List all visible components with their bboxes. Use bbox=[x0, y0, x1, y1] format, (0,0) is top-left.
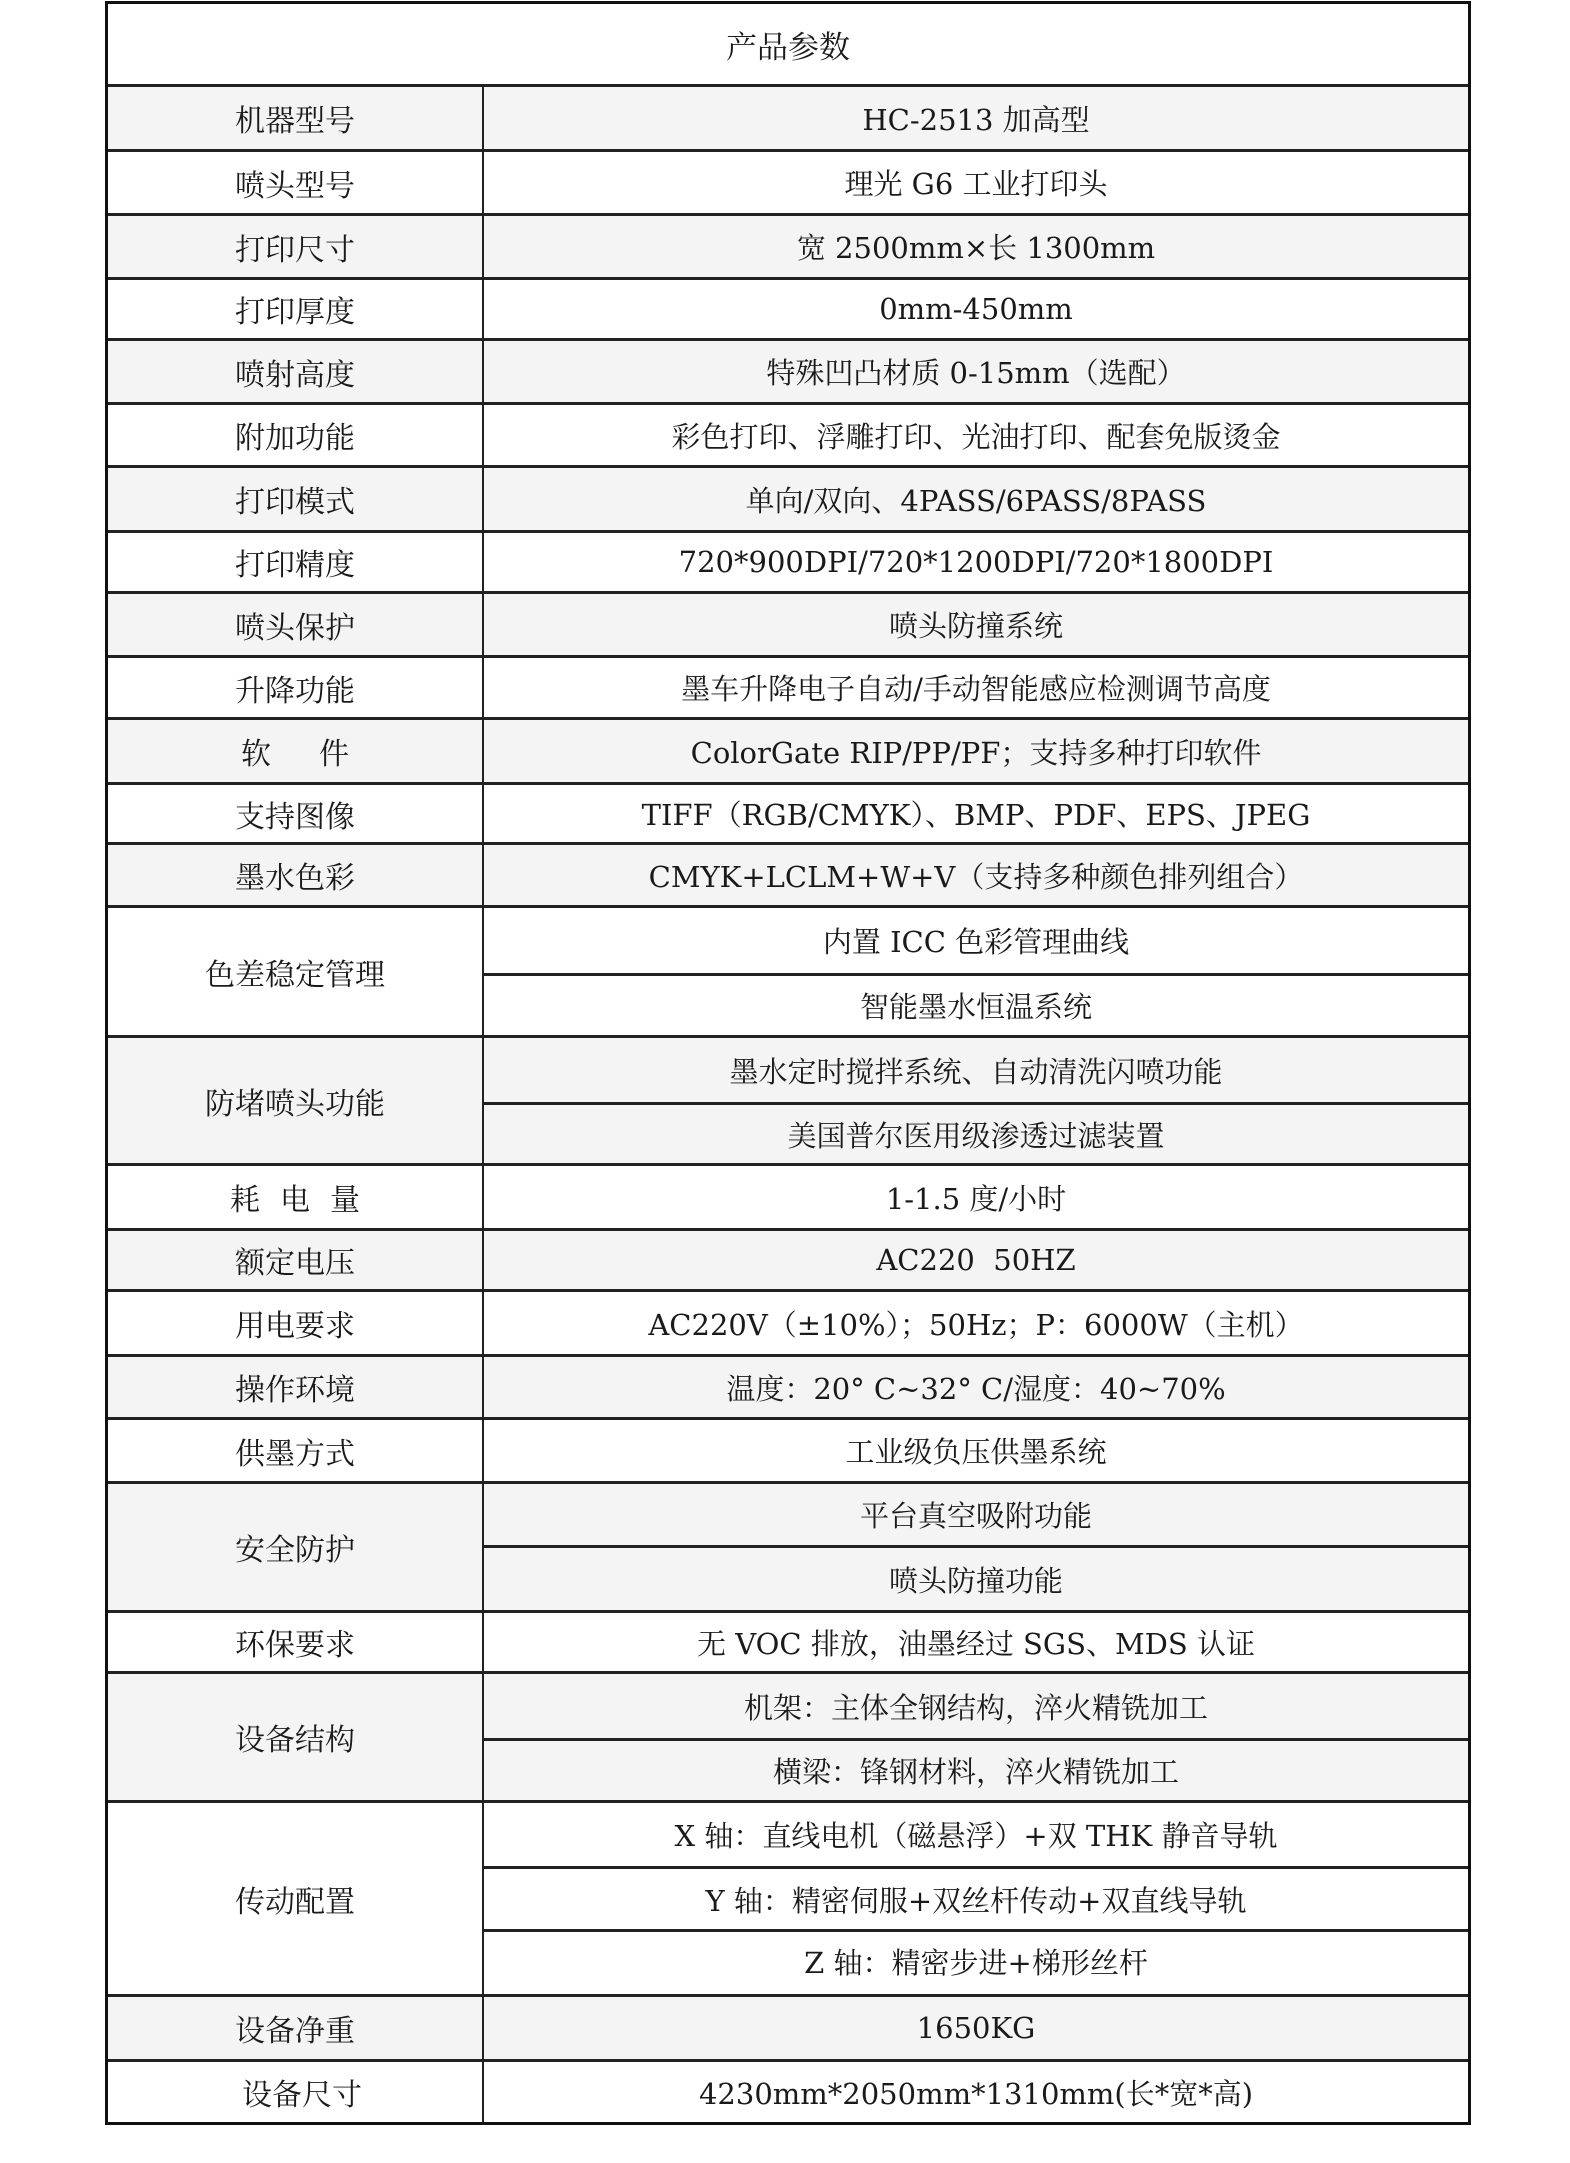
table-row: 喷头型号 理光 G6 工业打印头 bbox=[108, 152, 1468, 216]
row-value: 智能墨水恒温系统 bbox=[484, 973, 1468, 1035]
row-label: 环保要求 bbox=[108, 1613, 484, 1671]
row-label: 喷头型号 bbox=[108, 152, 484, 213]
table-row: 打印模式 单向/双向、4PASS/6PASS/8PASS bbox=[108, 468, 1468, 533]
row-label: 传动配置 bbox=[108, 1803, 484, 1994]
row-label: 喷头保护 bbox=[108, 594, 484, 655]
row-value: Y 轴：精密伺服+双丝杆传动+双直线导轨 bbox=[484, 1866, 1468, 1929]
row-value: 特殊凹凸材质 0-15mm（选配） bbox=[484, 341, 1468, 402]
row-label: 设备尺寸 bbox=[108, 2062, 484, 2122]
row-value: 0mm-450mm bbox=[484, 280, 1468, 338]
table-row: 设备尺寸 4230mm*2050mm*1310mm(长*宽*高) bbox=[108, 2062, 1468, 2122]
table-row-group: 传动配置 X 轴：直线电机（磁悬浮）+双 THK 静音导轨 Y 轴：精密伺服+双… bbox=[108, 1803, 1468, 1997]
row-label: 软件 bbox=[108, 720, 484, 782]
row-label: 安全防护 bbox=[108, 1484, 484, 1610]
row-value: 喷头防撞系统 bbox=[484, 594, 1468, 655]
row-value: 1-1.5 度/小时 bbox=[484, 1166, 1468, 1228]
row-label: 耗电量 bbox=[108, 1166, 484, 1228]
row-label: 支持图像 bbox=[108, 785, 484, 842]
row-label: 操作环境 bbox=[108, 1357, 484, 1417]
table-row: 墨水色彩 CMYK+LCLM+W+V（支持多种颜色排列组合） bbox=[108, 845, 1468, 908]
table-row: 耗电量 1-1.5 度/小时 bbox=[108, 1166, 1468, 1231]
row-value: 720*900DPI/720*1200DPI/720*1800DPI bbox=[484, 533, 1468, 591]
table-row: 操作环境 温度：20° C~32° C/湿度：40~70% bbox=[108, 1357, 1468, 1420]
table-row-group: 安全防护 平台真空吸附功能 喷头防撞功能 bbox=[108, 1484, 1468, 1613]
row-label: 打印模式 bbox=[108, 468, 484, 530]
table-row: 喷射高度 特殊凹凸材质 0-15mm（选配） bbox=[108, 341, 1468, 405]
table-row: 支持图像 TIFF（RGB/CMYK）、BMP、PDF、EPS、JPEG bbox=[108, 785, 1468, 845]
row-label: 墨水色彩 bbox=[108, 845, 484, 905]
row-value: 喷头防撞功能 bbox=[484, 1545, 1468, 1610]
table-row: 升降功能 墨车升降电子自动/手动智能感应检测调节高度 bbox=[108, 658, 1468, 720]
row-value: 1650KG bbox=[484, 1997, 1468, 2059]
row-value: HC-2513 加高型 bbox=[484, 87, 1468, 149]
row-label: 升降功能 bbox=[108, 658, 484, 717]
row-label: 附加功能 bbox=[108, 405, 484, 465]
table-row-group: 设备结构 机架：主体全钢结构，淬火精铣加工 横梁：锋钢材料，淬火精铣加工 bbox=[108, 1674, 1468, 1803]
row-label: 设备结构 bbox=[108, 1674, 484, 1800]
row-value: 4230mm*2050mm*1310mm(长*宽*高) bbox=[484, 2062, 1468, 2122]
row-value: 平台真空吸附功能 bbox=[484, 1484, 1468, 1545]
row-value: 工业级负压供墨系统 bbox=[484, 1420, 1468, 1481]
row-label: 供墨方式 bbox=[108, 1420, 484, 1481]
row-label: 防堵喷头功能 bbox=[108, 1038, 484, 1163]
row-label: 机器型号 bbox=[108, 87, 484, 149]
row-value: ColorGate RIP/PP/PF；支持多种打印软件 bbox=[484, 720, 1468, 782]
table-row: 打印精度 720*900DPI/720*1200DPI/720*1800DPI bbox=[108, 533, 1468, 594]
row-label: 额定电压 bbox=[108, 1231, 484, 1289]
table-row: 喷头保护 喷头防撞系统 bbox=[108, 594, 1468, 658]
row-value: 机架：主体全钢结构，淬火精铣加工 bbox=[484, 1674, 1468, 1738]
table-row: 打印厚度 0mm-450mm bbox=[108, 280, 1468, 341]
table-title: 产品参数 bbox=[108, 4, 1468, 87]
table-row: 额定电压 AC220 50HZ bbox=[108, 1231, 1468, 1292]
table-row: 打印尺寸 宽 2500mm×长 1300mm bbox=[108, 216, 1468, 280]
row-value: 理光 G6 工业打印头 bbox=[484, 152, 1468, 213]
row-value: 无 VOC 排放，油墨经过 SGS、MDS 认证 bbox=[484, 1613, 1468, 1671]
table-row-group: 色差稳定管理 内置 ICC 色彩管理曲线 智能墨水恒温系统 bbox=[108, 908, 1468, 1038]
table-row: 设备净重 1650KG bbox=[108, 1997, 1468, 2062]
row-value: 美国普尔医用级渗透过滤装置 bbox=[484, 1102, 1468, 1163]
row-value: TIFF（RGB/CMYK）、BMP、PDF、EPS、JPEG bbox=[484, 785, 1468, 842]
row-label-text: 软件 bbox=[241, 729, 397, 773]
row-value: AC220 50HZ bbox=[484, 1231, 1468, 1289]
table-row: 用电要求 AC220V（±10%）；50Hz；P：6000W（主机） bbox=[108, 1292, 1468, 1357]
row-value: 彩色打印、浮雕打印、光油打印、配套免版烫金 bbox=[484, 405, 1468, 465]
row-value: X 轴：直线电机（磁悬浮）+双 THK 静音导轨 bbox=[484, 1803, 1468, 1866]
row-value: 单向/双向、4PASS/6PASS/8PASS bbox=[484, 468, 1468, 530]
row-label: 打印厚度 bbox=[108, 280, 484, 338]
row-label: 用电要求 bbox=[108, 1292, 484, 1354]
table-row-group: 防堵喷头功能 墨水定时搅拌系统、自动清洗闪喷功能 美国普尔医用级渗透过滤装置 bbox=[108, 1038, 1468, 1166]
row-value: 墨水定时搅拌系统、自动清洗闪喷功能 bbox=[484, 1038, 1468, 1102]
row-value: 横梁：锋钢材料，淬火精铣加工 bbox=[484, 1738, 1468, 1800]
row-label: 打印精度 bbox=[108, 533, 484, 591]
row-value: 宽 2500mm×长 1300mm bbox=[484, 216, 1468, 277]
row-label: 喷射高度 bbox=[108, 341, 484, 402]
row-value: 温度：20° C~32° C/湿度：40~70% bbox=[484, 1357, 1468, 1417]
row-label: 设备净重 bbox=[108, 1997, 484, 2059]
row-value: Z 轴：精密步进+梯形丝杆 bbox=[484, 1929, 1468, 1991]
table-row: 环保要求 无 VOC 排放，油墨经过 SGS、MDS 认证 bbox=[108, 1613, 1468, 1674]
table-row: 软件 ColorGate RIP/PP/PF；支持多种打印软件 bbox=[108, 720, 1468, 785]
row-label-text: 耗电量 bbox=[230, 1175, 380, 1219]
row-label: 色差稳定管理 bbox=[108, 908, 484, 1035]
row-value: 墨车升降电子自动/手动智能感应检测调节高度 bbox=[484, 658, 1468, 717]
row-label: 打印尺寸 bbox=[108, 216, 484, 277]
table-row: 机器型号 HC-2513 加高型 bbox=[108, 87, 1468, 152]
row-value: AC220V（±10%）；50Hz；P：6000W（主机） bbox=[484, 1292, 1468, 1354]
row-value: 内置 ICC 色彩管理曲线 bbox=[484, 908, 1468, 973]
product-parameters-table: 产品参数 机器型号 HC-2513 加高型 喷头型号 理光 G6 工业打印头 打… bbox=[105, 1, 1471, 2125]
row-value: CMYK+LCLM+W+V（支持多种颜色排列组合） bbox=[484, 845, 1468, 905]
table-row: 供墨方式 工业级负压供墨系统 bbox=[108, 1420, 1468, 1484]
table-row: 附加功能 彩色打印、浮雕打印、光油打印、配套免版烫金 bbox=[108, 405, 1468, 468]
